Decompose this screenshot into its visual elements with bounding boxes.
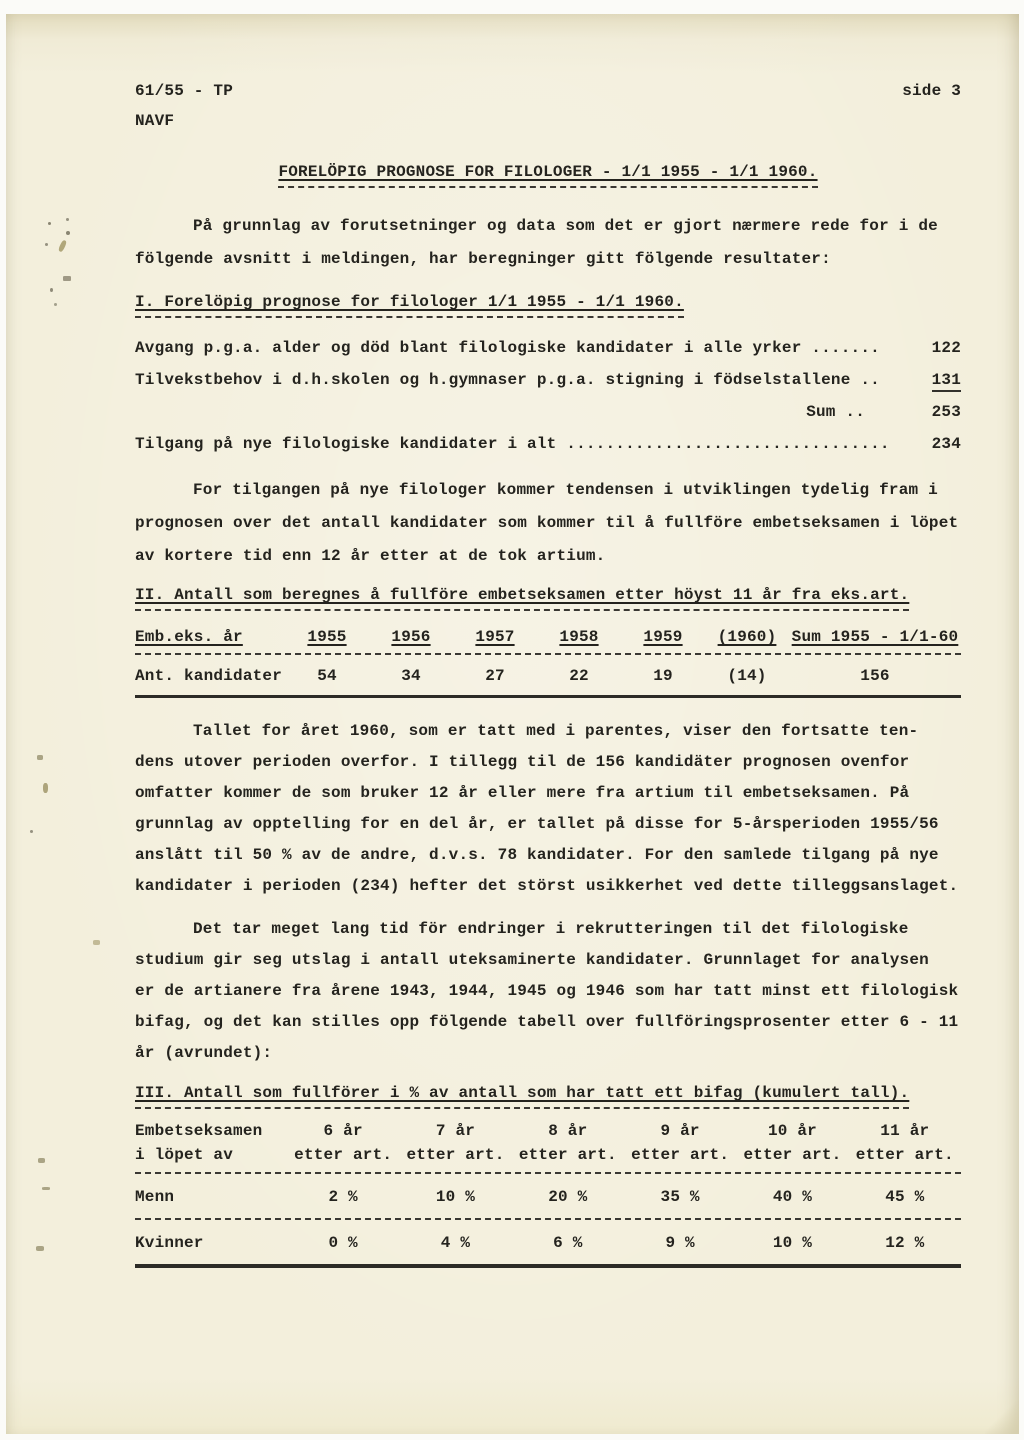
- column-header: 1956: [369, 625, 453, 649]
- cell-value: 10 %: [736, 1228, 848, 1258]
- page-header: 61/55 - TP side 3: [135, 80, 961, 102]
- figure-label: Sum ..: [806, 396, 865, 428]
- cell-value: 40 %: [736, 1182, 848, 1212]
- column-header: 11 år: [849, 1119, 961, 1143]
- column-header: 1957: [453, 625, 537, 649]
- paragraph-dettar: Det tar meget lang tid för endringer i r…: [135, 914, 961, 1069]
- document-page: 61/55 - TP side 3 NAVF FORELÖPIG PROGNOS…: [6, 14, 1019, 1434]
- column-header: etter art.: [736, 1143, 848, 1167]
- table-fullforingsprosenter: Embetseksamen 6 år 7 år 8 år 9 år 10 år …: [135, 1119, 961, 1268]
- table-row-kandidater: Ant. kandidater 54 34 27 22 19 (14) 156: [135, 655, 961, 698]
- cell-value: 19: [621, 661, 705, 691]
- column-header: etter art.: [849, 1143, 961, 1167]
- cell-value: 34: [369, 661, 453, 691]
- cell-value: 45 %: [849, 1182, 961, 1212]
- section-1-heading: I. Forelöpig prognose for filologer 1/1 …: [135, 292, 961, 318]
- row-label: Ant. kandidater: [135, 661, 285, 691]
- figure-label: Avgang p.g.a. alder og död blant filolog…: [135, 332, 880, 364]
- document-title: FORELÖPIG PROGNOSE FOR FILOLOGER - 1/1 1…: [278, 162, 817, 188]
- column-header: 9 år: [624, 1119, 736, 1143]
- table-row-menn: Menn 2 % 10 % 20 % 35 % 40 % 45 %: [135, 1174, 961, 1220]
- column-header: 10 år: [736, 1119, 848, 1143]
- cell-value: (14): [705, 661, 789, 691]
- section-2-heading: II. Antall som beregnes å fullföre embet…: [135, 585, 961, 611]
- figure-row-tilvekstbehov: Tilvekstbehov i d.h.skolen og h.gymnaser…: [135, 364, 961, 396]
- paragraph-tallet: Tallet for året 1960, som er tatt med i …: [135, 716, 961, 902]
- column-header: (1960): [705, 625, 789, 649]
- figure-row-avgang: Avgang p.g.a. alder og död blant filolog…: [135, 332, 961, 364]
- cell-value: 6 %: [512, 1228, 624, 1258]
- section-1-figures: Avgang p.g.a. alder og död blant filolog…: [135, 332, 961, 460]
- cell-value-sum: 156: [789, 661, 961, 691]
- figure-value: 131: [891, 364, 961, 396]
- column-header: etter art.: [399, 1143, 511, 1167]
- table-row-kvinner: Kvinner 0 % 4 % 6 % 9 % 10 % 12 %: [135, 1220, 961, 1268]
- column-header: i löpet av: [135, 1143, 287, 1167]
- cell-value: 22: [537, 661, 621, 691]
- figure-value: 122: [891, 332, 961, 364]
- paragraph-intro: På grunnlag av forutsetninger og data so…: [135, 210, 961, 276]
- figure-value: 253: [891, 396, 961, 428]
- column-header: 1955: [285, 625, 369, 649]
- cell-value: 2 %: [287, 1182, 399, 1212]
- cell-value: 20 %: [512, 1182, 624, 1212]
- figure-value: 234: [891, 428, 961, 460]
- cell-value: 0 %: [287, 1228, 399, 1258]
- row-label: Kvinner: [135, 1228, 287, 1258]
- table-header-block: Embetseksamen 6 år 7 år 8 år 9 år 10 år …: [135, 1119, 961, 1174]
- figure-label: Tilgang på nye filologiske kandidater i …: [135, 428, 890, 460]
- org-abbrev: NAVF: [135, 110, 961, 132]
- figure-row-sum: Sum .. 253: [135, 396, 961, 428]
- cell-value: 27: [453, 661, 537, 691]
- column-header: etter art.: [624, 1143, 736, 1167]
- column-header: 1958: [537, 625, 621, 649]
- table-header-line-1: Embetseksamen 6 år 7 år 8 år 9 år 10 år …: [135, 1119, 961, 1143]
- paragraph-tilgang: For tilgangen på nye filologer kommer te…: [135, 474, 961, 573]
- doc-ref: 61/55 - TP: [135, 80, 233, 102]
- cell-value: 35 %: [624, 1182, 736, 1212]
- section-3-heading: III. Antall som fullförer i % av antall …: [135, 1083, 961, 1109]
- cell-value: 54: [285, 661, 369, 691]
- cell-value: 4 %: [399, 1228, 511, 1258]
- cell-value: 9 %: [624, 1228, 736, 1258]
- cell-value: 12 %: [849, 1228, 961, 1258]
- column-header: Embetseksamen: [135, 1119, 287, 1143]
- column-header: Emb.eks. år: [135, 625, 285, 649]
- row-label: Menn: [135, 1182, 287, 1212]
- column-header: etter art.: [287, 1143, 399, 1167]
- figure-row-tilgang: Tilgang på nye filologiske kandidater i …: [135, 428, 961, 460]
- column-header: etter art.: [512, 1143, 624, 1167]
- title-row: FORELÖPIG PROGNOSE FOR FILOLOGER - 1/1 1…: [135, 162, 961, 188]
- table-embetseksamen-per-year: Emb.eks. år 1955 1956 1957 1958 1959 (19…: [135, 625, 961, 698]
- table-header-row: Emb.eks. år 1955 1956 1957 1958 1959 (19…: [135, 625, 961, 655]
- column-header-sum: Sum 1955 - 1/1-60: [789, 625, 961, 649]
- column-header: 8 år: [512, 1119, 624, 1143]
- figure-label: Tilvekstbehov i d.h.skolen og h.gymnaser…: [135, 364, 880, 396]
- page-number: side 3: [902, 80, 961, 102]
- column-header: 6 år: [287, 1119, 399, 1143]
- cell-value: 10 %: [399, 1182, 511, 1212]
- table-header-line-2: i löpet av etter art. etter art. etter a…: [135, 1143, 961, 1167]
- paper-corner-curl: [985, 1400, 1019, 1434]
- column-header: 1959: [621, 625, 705, 649]
- column-header: 7 år: [399, 1119, 511, 1143]
